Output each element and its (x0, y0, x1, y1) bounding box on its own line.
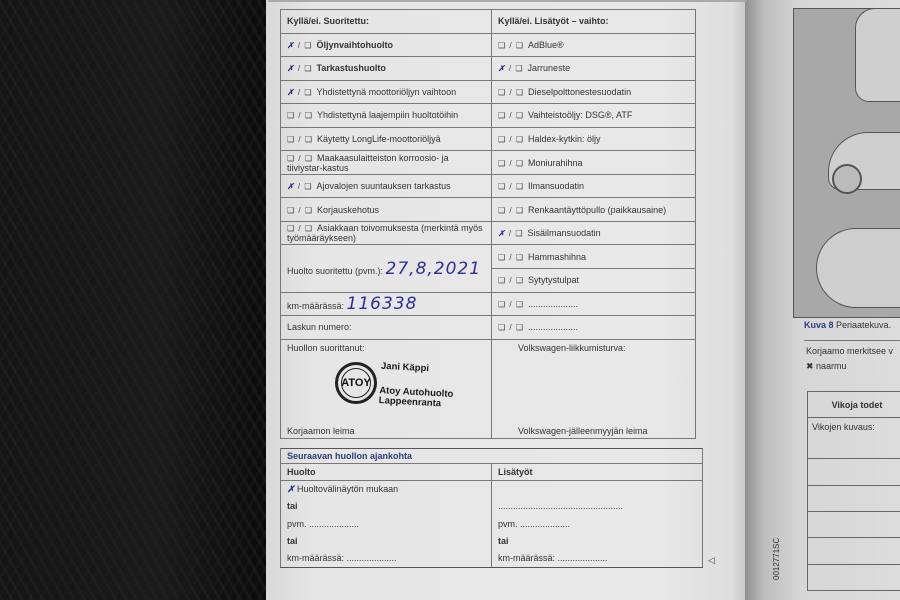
next-service-col-extra: Lisätyöt (492, 464, 703, 480)
performed-by-label: Huollon suorittanut: (287, 343, 365, 353)
yes-no-checkbox[interactable]: ✗ / ❑ (287, 64, 313, 73)
item-label: Moniurahihna (528, 158, 583, 168)
next-service-title: Seuraavan huollon ajankohta (281, 449, 703, 464)
yes-no-checkbox[interactable]: ❑ / ❑ (498, 135, 524, 144)
item-label: .................... (528, 299, 578, 309)
item-label: .................... (528, 322, 578, 332)
defects-header: Vikoja todet (808, 392, 900, 418)
right-item-5: ❑ / ❑Moniurahihna (492, 151, 696, 175)
service-row: km-määrässä: 116338❑ / ❑................… (281, 292, 696, 316)
handwritten-check-icon: ✗ (287, 41, 295, 50)
mobility-guarantee-label: Volkswagen-liikkumisturva: (518, 343, 626, 353)
right-item-7: ❑ / ❑Renkaantäyttöpullo (paikkausaine) (492, 198, 696, 222)
service-date-label: Huolto suoritettu (pvm.): (287, 266, 386, 276)
dealer-stamp-label: Volkswagen-jälleenmyyjän leima (518, 426, 648, 436)
right-item-3: ❑ / ❑Vaihteistoöljy: DSG®, ATF (492, 104, 696, 128)
service-row: ❑ / ❑Asiakkaan toivomuksesta (merkintä m… (281, 221, 696, 245)
left-item-4: ❑ / ❑Käytetty LongLife-moottoriöljyä (281, 127, 492, 151)
left-item-7: ❑ / ❑Korjauskehotus (281, 198, 492, 222)
next-service-left-cell[interactable]: tai (281, 532, 492, 549)
page-arrow-icon: ◁ (708, 555, 715, 566)
item-label: Tarkastushuolto (317, 63, 386, 73)
item-label: Haldex-kytkin: öljy (528, 134, 601, 144)
yes-no-checkbox[interactable]: ❑ / ❑ (287, 206, 313, 215)
yes-no-checkbox[interactable]: ✗ / ❑ (498, 229, 524, 238)
right-item-4: ❑ / ❑Haldex-kytkin: öljy (492, 127, 696, 151)
next-service-right-cell[interactable]: km-määrässä: .................... (492, 550, 703, 568)
next-service-left-cell[interactable]: km-määrässä: .................... (281, 550, 492, 568)
item-label: Korjauskehotus (317, 205, 379, 215)
yes-no-checkbox[interactable]: ❑ / ❑ (498, 300, 524, 309)
scratch-legend: ✖ naarmu (806, 361, 847, 372)
defects-blank-row[interactable] (808, 459, 900, 485)
item-label: Käytetty LongLife-moottoriöljyä (317, 134, 441, 144)
workshop-name: Atoy AutohuoltoLappeenranta (379, 386, 454, 410)
item-label: Asiakkaan toivomuksesta (merkintä myös t… (287, 223, 483, 243)
right-item-12: ❑ / ❑.................... (492, 316, 696, 340)
atoy-logo-icon: ATOY (335, 362, 377, 404)
divider (804, 340, 900, 341)
item-label: Jarruneste (528, 63, 571, 73)
item-label: Yhdistettynä laajempiin huoltotöihin (317, 110, 458, 120)
yes-no-checkbox[interactable]: ❑ / ❑ (287, 154, 313, 163)
defects-description-label: Vikojen kuvaus: (808, 418, 900, 459)
defects-blank-row[interactable] (808, 512, 900, 538)
right-item-10: ❑ / ❑Sytytystulpat (492, 269, 696, 293)
service-row: ❑ / ❑Maakaasulaitteiston korroosio- ja t… (281, 151, 696, 175)
document-id: 0012771SC (772, 538, 781, 580)
next-service-row: taitai (281, 532, 703, 549)
defects-blank-row[interactable] (808, 564, 900, 590)
right-item-8: ✗ / ❑Sisäilmansuodatin (492, 221, 696, 245)
next-service-right-cell[interactable]: ........................................… (492, 498, 703, 515)
item-label: Renkaantäyttöpullo (paikkausaine) (528, 205, 666, 215)
left-item-2: ✗ / ❑Yhdistettynä moottoriöljyn vaihtoon (281, 80, 492, 104)
service-row: ✗ / ❑Yhdistettynä moottoriöljyn vaihtoon… (281, 80, 696, 104)
yes-no-checkbox[interactable]: ❑ / ❑ (498, 253, 524, 262)
left-item-3: ❑ / ❑Yhdistettynä laajempiin huoltotöihi… (281, 104, 492, 128)
next-service-row: tai.....................................… (281, 498, 703, 515)
odometer-value[interactable]: 116338 (347, 294, 418, 314)
next-service-col-service: Huolto (281, 464, 492, 480)
car-top-view-drawing (816, 228, 900, 308)
service-row: Huolto suoritettu (pvm.): 27,8,2021❑ / ❑… (281, 245, 696, 269)
service-row: ❑ / ❑Yhdistettynä laajempiin huoltotöihi… (281, 104, 696, 128)
left-item-0: ✗ / ❑Öljynvaihtohuolto (281, 33, 492, 57)
right-item-0: ❑ / ❑AdBlue® (492, 33, 696, 57)
next-service-left-cell[interactable]: ✗ Huoltovälinäytön mukaan (281, 480, 492, 498)
item-label: Dieselpolttonestesuodatin (528, 87, 631, 97)
service-row: ✗ / ❑Tarkastushuolto✗ / ❑Jarruneste (281, 57, 696, 81)
figure-caption-text: Periaatekuva. (836, 320, 891, 330)
left-item-8: ❑ / ❑Asiakkaan toivomuksesta (merkintä m… (281, 221, 492, 245)
next-service-row: pvm. ....................pvm. ..........… (281, 515, 703, 532)
defects-blank-row[interactable] (808, 485, 900, 511)
background-fabric (0, 0, 270, 600)
handwritten-check-icon: ✗ (287, 182, 295, 191)
odometer-cell: km-määrässä: 116338 (281, 292, 492, 316)
left-item-6: ✗ / ❑Ajovalojen suuntauksen tarkastus (281, 174, 492, 198)
yes-no-checkbox[interactable]: ❑ / ❑ (498, 159, 524, 168)
figure-caption: Kuva 8 Periaatekuva. (804, 320, 891, 330)
workshop-marks-note: Korjaamo merkitsee v (806, 346, 893, 356)
right-item-2: ❑ / ❑Dieselpolttonestesuodatin (492, 80, 696, 104)
car-rear-view-drawing (855, 8, 900, 102)
handwritten-check-icon: ✗ (287, 88, 295, 97)
yes-no-checkbox[interactable]: ❑ / ❑ (287, 224, 313, 233)
item-label: Vaihteistoöljy: DSG®, ATF (528, 110, 632, 120)
dealer-stamp-cell: Volkswagen-liikkumisturva:Volkswagen-jäl… (492, 339, 696, 438)
handwritten-check-icon: ✗ (498, 229, 506, 238)
yes-no-checkbox[interactable]: ❑ / ❑ (498, 276, 524, 285)
next-service-right-cell[interactable]: tai (492, 532, 703, 549)
handwritten-check-icon: ✗ (498, 64, 506, 73)
defects-table: Vikoja todet Vikojen kuvaus: (807, 391, 900, 591)
next-service-row: ✗ Huoltovälinäytön mukaan (281, 480, 703, 498)
item-label: AdBlue® (528, 40, 564, 50)
item-label: Sisäilmansuodatin (528, 228, 601, 238)
left-item-5: ❑ / ❑Maakaasulaitteiston korroosio- ja t… (281, 151, 492, 175)
service-row: ✗ / ❑Ajovalojen suuntauksen tarkastus❑ /… (281, 174, 696, 198)
service-date-value[interactable]: 27,8,2021 (386, 259, 482, 279)
service-row: ✗ / ❑Öljynvaihtohuolto❑ / ❑AdBlue® (281, 33, 696, 57)
item-label: Öljynvaihtohuolto (317, 40, 394, 50)
left-item-1: ✗ / ❑Tarkastushuolto (281, 57, 492, 81)
page-edge (268, 0, 746, 2)
yes-no-checkbox[interactable]: ✗ / ❑ (287, 182, 313, 191)
next-service-row: km-määrässä: ....................km-määr… (281, 550, 703, 568)
yes-no-checkbox[interactable]: ✗ / ❑ (287, 88, 313, 97)
yes-no-checkbox[interactable]: ❑ / ❑ (498, 111, 524, 120)
yes-no-checkbox[interactable]: ❑ / ❑ (287, 111, 313, 120)
left-column-header: Kyllä/ei. Suoritettu: (281, 10, 492, 34)
defects-blank-row[interactable] (808, 538, 900, 564)
yes-no-checkbox[interactable]: ❑ / ❑ (498, 206, 524, 215)
next-service-right-cell[interactable] (492, 480, 703, 498)
next-service-left-cell[interactable]: pvm. .................... (281, 515, 492, 532)
yes-no-checkbox[interactable]: ❑ / ❑ (287, 135, 313, 144)
service-row: ❑ / ❑Käytetty LongLife-moottoriöljyä❑ / … (281, 127, 696, 151)
item-label: Hammashihna (528, 252, 586, 262)
handwritten-check-icon: ✗ (287, 484, 295, 494)
item-label: Ajovalojen suuntauksen tarkastus (317, 181, 451, 191)
service-row: ❑ / ❑Korjauskehotus❑ / ❑Renkaantäyttöpul… (281, 198, 696, 222)
invoice-number-label[interactable]: Laskun numero: (281, 316, 492, 340)
yes-no-checkbox[interactable]: ✗ / ❑ (498, 64, 524, 73)
right-column-header: Kyllä/ei. Lisätyöt – vaihto: (492, 10, 696, 34)
handwritten-check-icon: ✗ (287, 64, 295, 73)
next-service-table: Seuraavan huollon ajankohta Huolto Lisät… (280, 448, 703, 568)
right-item-11: ❑ / ❑.................... (492, 292, 696, 316)
service-row: Laskun numero:❑ / ❑.................... (281, 316, 696, 340)
service-date-cell: Huolto suoritettu (pvm.): 27,8,2021 (281, 245, 492, 292)
yes-no-checkbox[interactable]: ❑ / ❑ (498, 182, 524, 191)
item-label: Sytytystulpat (528, 275, 579, 285)
right-item-9: ❑ / ❑Hammashihna (492, 245, 696, 269)
yes-no-checkbox[interactable]: ✗ / ❑ (287, 41, 313, 50)
stamp-row: Huollon suorittanut:ATOYJani KäppiAtoy A… (281, 339, 696, 438)
odometer-label: km-määrässä: (287, 301, 347, 311)
right-item-1: ✗ / ❑Jarruneste (492, 57, 696, 81)
next-service-left-cell[interactable]: tai (281, 498, 492, 515)
next-service-right-cell[interactable]: pvm. .................... (492, 515, 703, 532)
technician-name: Jani Käppi (381, 360, 430, 373)
right-item-6: ❑ / ❑Ilmansuodatin (492, 174, 696, 198)
yes-no-checkbox[interactable]: ❑ / ❑ (498, 41, 524, 50)
workshop-stamp-cell: Huollon suorittanut:ATOYJani KäppiAtoy A… (281, 339, 492, 438)
yes-no-checkbox[interactable]: ❑ / ❑ (498, 323, 524, 332)
workshop-stamp-label: Korjaamon leima (287, 426, 355, 436)
car-wheel-drawing (832, 164, 862, 194)
item-label: Yhdistettynä moottoriöljyn vaihtoon (317, 87, 457, 97)
service-record-table: Kyllä/ei. Suoritettu: Kyllä/ei. Lisätyöt… (280, 9, 696, 439)
figure-caption-number: Kuva 8 (804, 320, 834, 330)
yes-no-checkbox[interactable]: ❑ / ❑ (498, 88, 524, 97)
item-label: Ilmansuodatin (528, 181, 584, 191)
